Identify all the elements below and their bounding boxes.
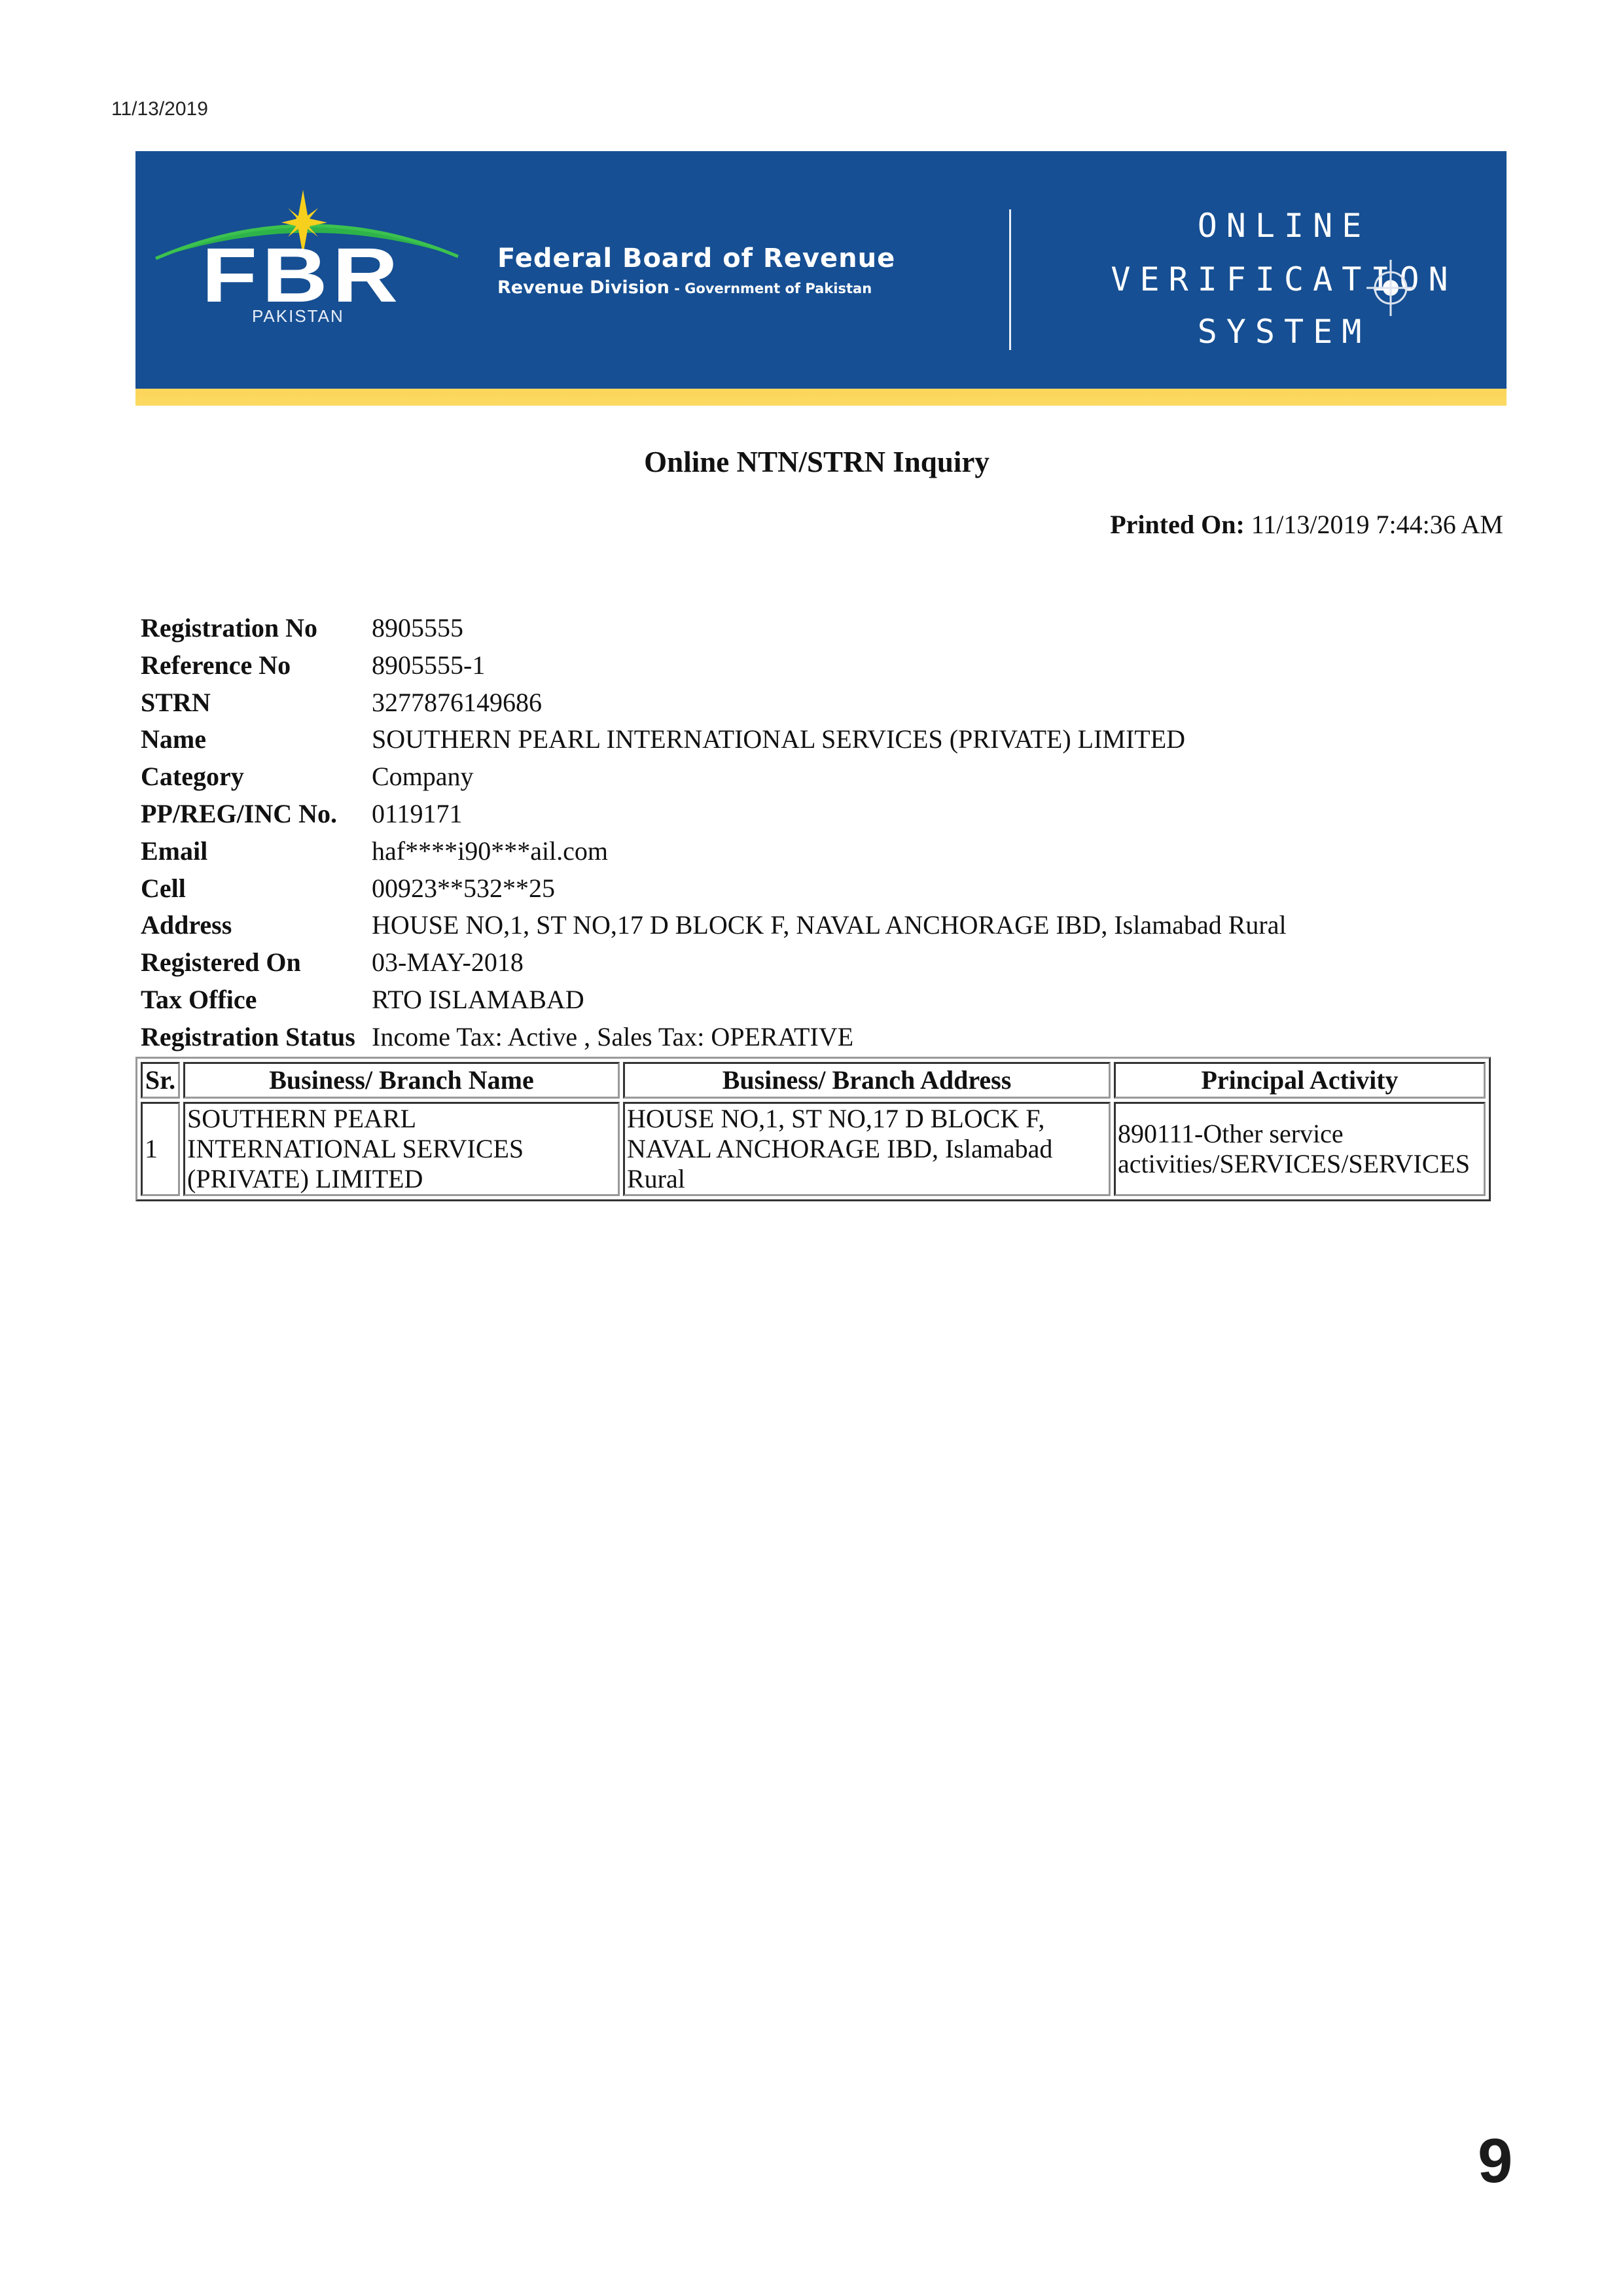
detail-value: haf****i90***ail.com — [372, 833, 608, 870]
detail-value: 03-MAY-2018 — [372, 944, 524, 981]
system-title-line3: SYSTEM — [1055, 313, 1513, 351]
detail-value: 8905555 — [372, 610, 463, 647]
detail-label: STRN — [141, 684, 372, 722]
printed-on-label: Printed On: — [1110, 510, 1245, 539]
detail-label: Registration No — [141, 610, 372, 647]
detail-value: SOUTHERN PEARL INTERNATIONAL SERVICES (P… — [372, 721, 1185, 758]
detail-row-registration-no: Registration No8905555 — [141, 610, 1287, 647]
detail-label: Name — [141, 721, 372, 758]
table-header-row: Sr. Business/ Branch Name Business/ Bran… — [141, 1062, 1486, 1099]
detail-value: Income Tax: Active , Sales Tax: OPERATIV… — [372, 1019, 853, 1056]
detail-row-name: NameSOUTHERN PEARL INTERNATIONAL SERVICE… — [141, 721, 1287, 758]
banner-divider — [1009, 209, 1011, 350]
printed-on-value: 11/13/2019 7:44:36 AM — [1251, 510, 1503, 539]
column-header-sr: Sr. — [141, 1062, 180, 1099]
org-separator: - — [669, 281, 685, 296]
detail-label: Tax Office — [141, 981, 372, 1019]
detail-label: Address — [141, 907, 372, 944]
org-division: Revenue Division — [497, 277, 669, 298]
fbr-logo-text: FBR — [202, 237, 402, 314]
crosshair-icon — [1361, 258, 1420, 317]
detail-value: HOUSE NO,1, ST NO,17 D BLOCK F, NAVAL AN… — [372, 907, 1287, 944]
detail-row-reference-no: Reference No8905555-1 — [141, 647, 1287, 684]
detail-row-registration-status: Registration StatusIncome Tax: Active , … — [141, 1019, 1287, 1056]
detail-label: Registration Status — [141, 1019, 372, 1056]
detail-value: 8905555-1 — [372, 647, 485, 684]
printed-on: Printed On: 11/13/2019 7:44:36 AM — [1110, 509, 1503, 540]
detail-row-pp-reg-inc-no: PP/REG/INC No.0119171 — [141, 796, 1287, 833]
column-header-branch-address: Business/ Branch Address — [623, 1062, 1111, 1099]
detail-row-cell: Cell00923**532**25 — [141, 870, 1287, 908]
system-title-line2: VERIFICATION — [1055, 260, 1513, 298]
detail-label: Cell — [141, 870, 372, 908]
org-subtitle: Revenue Division - Government of Pakista… — [497, 277, 872, 298]
system-title-line1: ONLINE — [1055, 207, 1513, 245]
page-number: 9 — [1478, 2125, 1512, 2197]
org-name: Federal Board of Revenue — [497, 243, 895, 274]
org-government: Government of Pakistan — [685, 281, 872, 296]
detail-row-email: Emailhaf****i90***ail.com — [141, 833, 1287, 870]
fbr-logo-country: PAKISTAN — [252, 306, 344, 327]
column-header-branch-name: Business/ Branch Name — [183, 1062, 620, 1099]
detail-value: RTO ISLAMABAD — [372, 981, 584, 1019]
detail-label: Email — [141, 833, 372, 870]
detail-value: 3277876149686 — [372, 684, 542, 722]
detail-label: Reference No — [141, 647, 372, 684]
cell-sr: 1 — [141, 1102, 180, 1196]
detail-row-address: AddressHOUSE NO,1, ST NO,17 D BLOCK F, N… — [141, 907, 1287, 944]
detail-row-tax-office: Tax OfficeRTO ISLAMABAD — [141, 981, 1287, 1019]
registration-details: Registration No8905555 Reference No89055… — [141, 610, 1287, 1056]
cell-principal-activity: 890111-Other service activities/SERVICES… — [1114, 1102, 1486, 1196]
cell-branch-address: HOUSE NO,1, ST NO,17 D BLOCK F, NAVAL AN… — [623, 1102, 1111, 1196]
detail-value: 00923**532**25 — [372, 870, 555, 908]
detail-value: 0119171 — [372, 796, 463, 833]
detail-label: Category — [141, 758, 372, 796]
page-title: Online NTN/STRN Inquiry — [0, 445, 1623, 479]
branch-table: Sr. Business/ Branch Name Business/ Bran… — [135, 1057, 1491, 1201]
detail-row-registered-on: Registered On03-MAY-2018 — [141, 944, 1287, 981]
detail-row-strn: STRN3277876149686 — [141, 684, 1287, 722]
detail-label: Registered On — [141, 944, 372, 981]
column-header-principal-activity: Principal Activity — [1114, 1062, 1486, 1099]
detail-label: PP/REG/INC No. — [141, 796, 372, 833]
detail-row-category: CategoryCompany — [141, 758, 1287, 796]
cell-branch-name: SOUTHERN PEARL INTERNATIONAL SERVICES (P… — [183, 1102, 620, 1196]
detail-value: Company — [372, 758, 474, 796]
table-row: 1 SOUTHERN PEARL INTERNATIONAL SERVICES … — [141, 1102, 1486, 1196]
